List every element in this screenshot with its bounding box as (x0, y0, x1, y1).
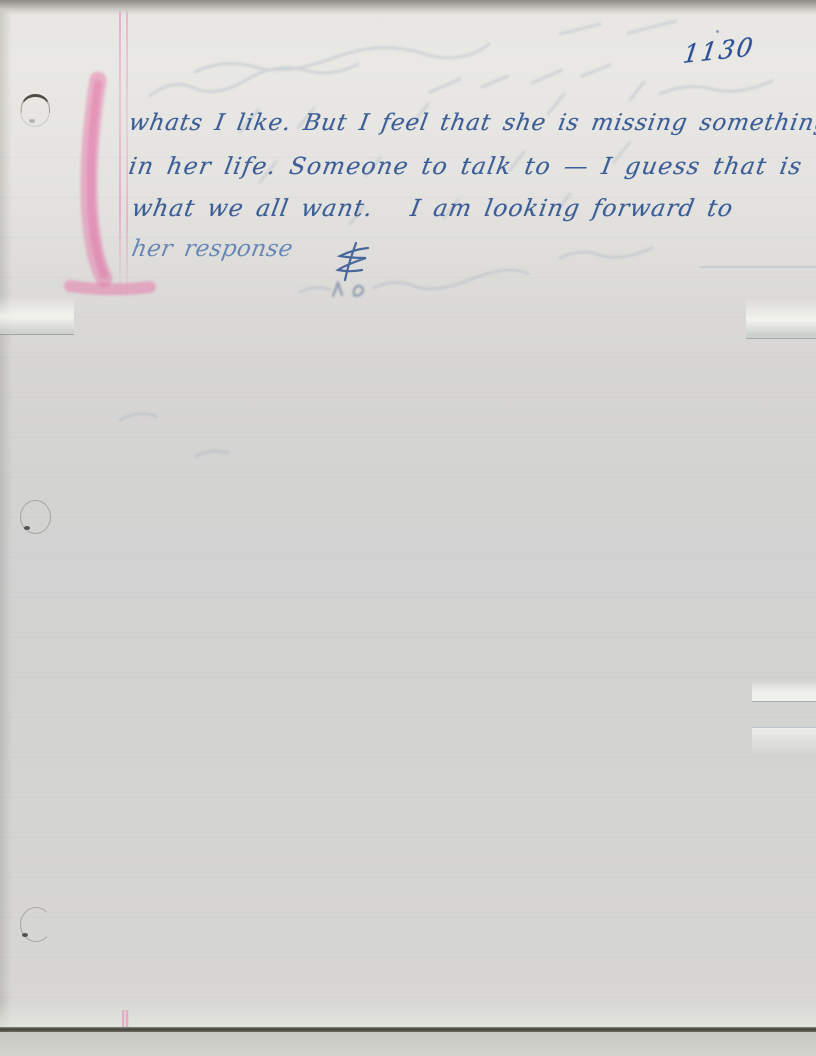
hole-shadow-arc (21, 94, 50, 113)
hole-shadow-dot (22, 933, 28, 937)
scanned-document-page: whats I like. But I feel that she is mis… (0, 0, 816, 1056)
handwriting-line: her response (130, 236, 295, 262)
handwritten-page-number: 1130 (681, 32, 756, 69)
hole-punch-top (20, 95, 50, 127)
scanner-bottom-band (0, 1032, 816, 1056)
hole-shadow-dot (29, 119, 35, 123)
ink-speck (716, 30, 719, 33)
paper-edge-shadow (700, 266, 816, 268)
paper-edge-shadow (752, 680, 816, 702)
paper-edge-shadow (752, 727, 816, 755)
ruled-lines-bleed-through (0, 118, 816, 1010)
hole-punch-middle (20, 500, 51, 534)
paper-edge-shadow (746, 298, 816, 339)
paper-edge-shadow (0, 296, 74, 335)
left-scan-shade (0, 0, 12, 1056)
handwriting-line: what we all want. I am looking forward t… (130, 194, 736, 222)
handwriting-line: in her life. Someone to talk to — I gues… (127, 152, 805, 180)
hole-punch-bottom (20, 907, 52, 942)
pink-margin-line (126, 0, 128, 305)
scanner-top-edge (0, 0, 816, 15)
hole-shadow-dot (24, 526, 30, 530)
pink-margin-line (119, 0, 121, 295)
handwriting-line: whats I like. But I feel that she is mis… (127, 110, 816, 136)
